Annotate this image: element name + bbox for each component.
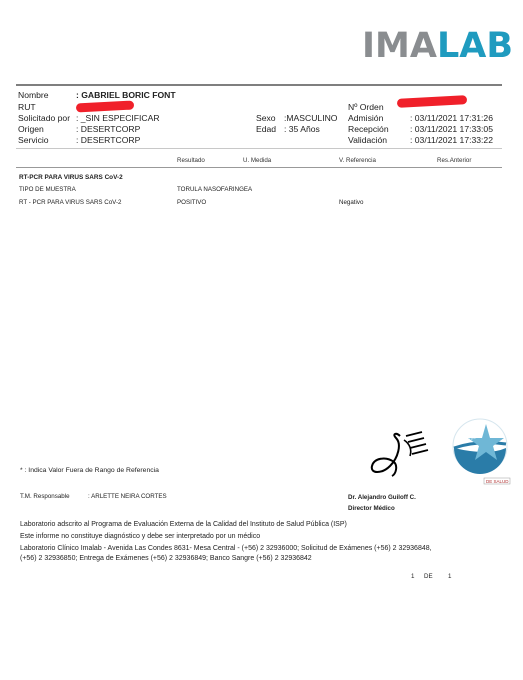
col-anterior: Res.Anterior (437, 157, 471, 164)
orden-redaction (397, 95, 467, 108)
orden-label: Nº Orden (348, 102, 384, 112)
sexo-label: Sexo (256, 113, 276, 123)
page-separator: DE (424, 573, 433, 580)
col-resultado: Resultado (177, 157, 205, 164)
table-row: TIPO DE MUESTRA TORULA NASOFARINGEA (0, 186, 523, 196)
col-referencia: V. Referencia (339, 157, 376, 164)
rut-redaction (76, 100, 134, 112)
validacion-label: Validación (348, 135, 387, 145)
solicitado-text: _SIN ESPECIFICAR (81, 113, 160, 123)
validacion-value: : 03/11/2021 17:33:22 (410, 135, 493, 145)
director-title: Director Médico (348, 505, 395, 512)
col-unidad: U. Medida (243, 157, 271, 164)
contact-info: Laboratorio Clínico Imalab - Avenida Las… (20, 544, 510, 564)
solicitado-label: Solicitado por (18, 113, 70, 123)
isp-line: Laboratorio adscrito al Programa de Eval… (20, 520, 347, 530)
svg-text:DE SALUD: DE SALUD (486, 479, 509, 484)
edad-label: Edad (256, 124, 276, 134)
header-divider (16, 84, 502, 86)
signature-icon (366, 428, 438, 480)
imalab-logo: IMALAB (362, 26, 513, 66)
director-name: Dr. Alejandro Guiloff C. (348, 494, 416, 501)
table-header-divider (16, 167, 502, 168)
origen-label: Origen (18, 124, 44, 134)
nombre-label: Nombre (18, 90, 49, 100)
logo-part-ima: IMA (362, 26, 437, 66)
tm-value: : ARLETTE NEIRA CORTES (88, 493, 167, 500)
test-result: TORULA NASOFARINGEA (177, 186, 252, 193)
solicitado-value: : _SIN ESPECIFICAR (76, 113, 160, 123)
admision-value: : 03/11/2021 17:31:26 (410, 113, 493, 123)
servicio-label: Servicio (18, 135, 49, 145)
test-name: RT - PCR PARA VIRUS SARS CoV-2 (19, 199, 121, 206)
contact-line-1: Laboratorio Clínico Imalab - Avenida Las… (20, 544, 510, 554)
accreditation-seal-icon: ACREDITADO DE SALUD (448, 416, 518, 488)
test-result: POSITIVO (177, 199, 206, 206)
origen-value: : DESERTCORP (76, 124, 140, 134)
servicio-value: : DESERTCORP (76, 135, 140, 145)
out-of-range-note: * : Indica Valor Fuera de Rango de Refer… (20, 467, 159, 474)
recepcion-label: Recepción (348, 124, 389, 134)
test-name: TIPO DE MUESTRA (19, 186, 76, 193)
admision-label: Admisión (348, 113, 383, 123)
table-row: RT - PCR PARA VIRUS SARS CoV-2 POSITIVO … (0, 199, 523, 209)
tm-label: T.M. Responsable (20, 493, 70, 500)
patient-divider (16, 148, 502, 149)
disclaimer: Este informe no constituye diagnóstico y… (20, 532, 260, 542)
rut-label: RUT (18, 102, 36, 112)
contact-line-2: (+56) 2 32936850; Entrega de Exámenes (+… (20, 554, 510, 564)
sexo-value: :MASCULINO (284, 113, 337, 123)
origen-text: DESERTCORP (81, 124, 141, 134)
servicio-text: DESERTCORP (81, 135, 141, 145)
section-title: RT-PCR PARA VIRUS SARS CoV-2 (19, 174, 123, 181)
logo-part-lab: LAB (437, 26, 513, 66)
page-total: 1 (448, 573, 451, 580)
edad-value: : 35 Años (284, 124, 320, 134)
nombre-text: GABRIEL BORIC FONT (81, 90, 175, 100)
recepcion-value: : 03/11/2021 17:33:05 (410, 124, 493, 134)
test-reference: Negativo (339, 199, 363, 206)
page-current: 1 (411, 573, 414, 580)
nombre-value: : GABRIEL BORIC FONT (76, 90, 176, 100)
